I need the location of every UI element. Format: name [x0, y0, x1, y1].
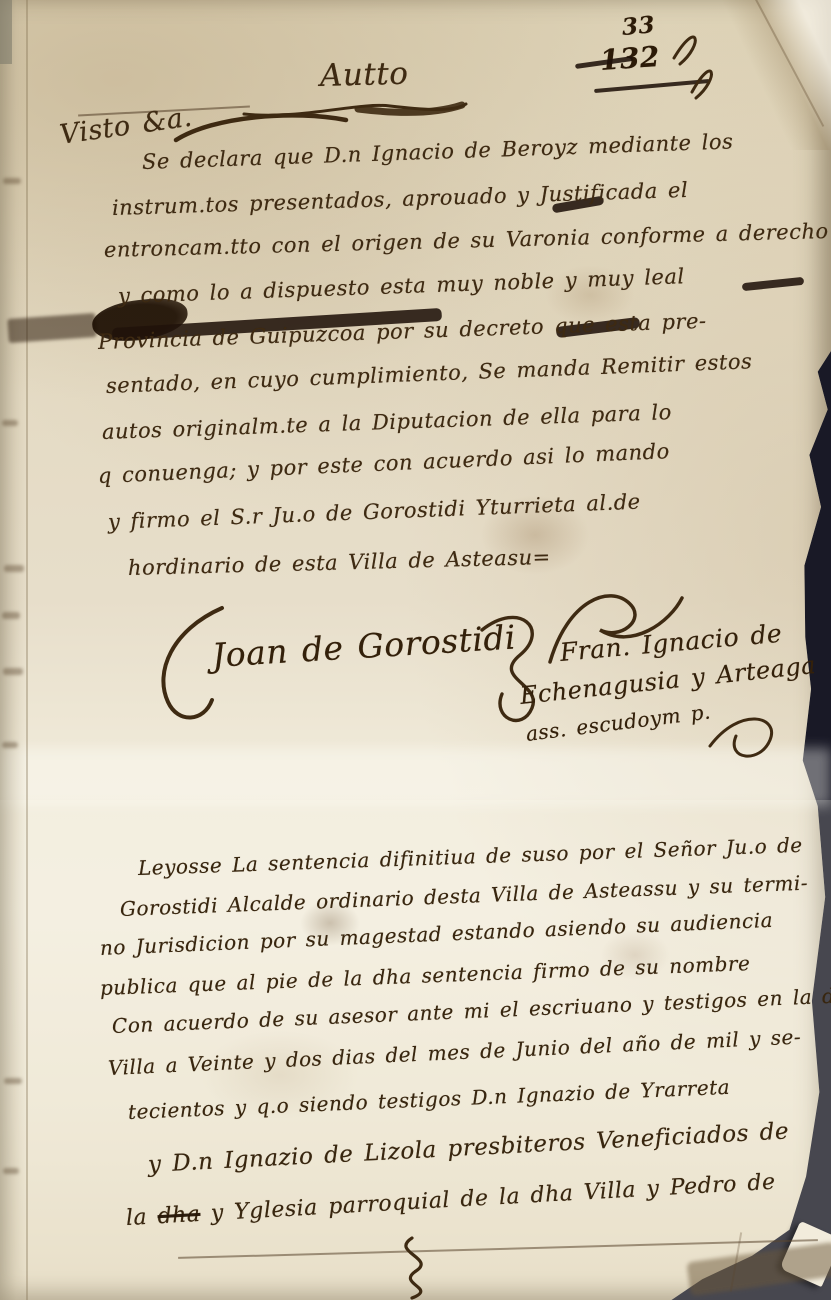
- folio-crossed-number: 33: [621, 11, 656, 41]
- folded-corner: [718, 0, 831, 150]
- sentencia-line-9-pre: la: [125, 1204, 158, 1231]
- signature-rubric-icon: [700, 688, 795, 770]
- ghost-text-mark: [3, 178, 21, 184]
- ghost-text-mark: [2, 612, 20, 619]
- ghost-text-mark: [2, 742, 18, 748]
- sentencia-line-9-struck: dha: [157, 1202, 201, 1229]
- bottom-rubric-icon: [382, 1234, 446, 1300]
- page-title: Autto: [320, 56, 409, 94]
- ghost-text-mark: [3, 1168, 19, 1174]
- ghost-text-mark: [4, 1078, 22, 1084]
- ghost-text-mark: [3, 668, 23, 675]
- folio-rubric-icon: [684, 50, 724, 104]
- ghost-text-mark: [2, 420, 18, 426]
- ghost-text-mark: [4, 565, 24, 572]
- adjacent-page-edge: [0, 0, 27, 1300]
- binding-corner: [0, 0, 12, 64]
- page-edge-line: [26, 0, 28, 1300]
- photograph-background: 33 132 Autto Visto &a. Se declara que D.…: [0, 0, 831, 1300]
